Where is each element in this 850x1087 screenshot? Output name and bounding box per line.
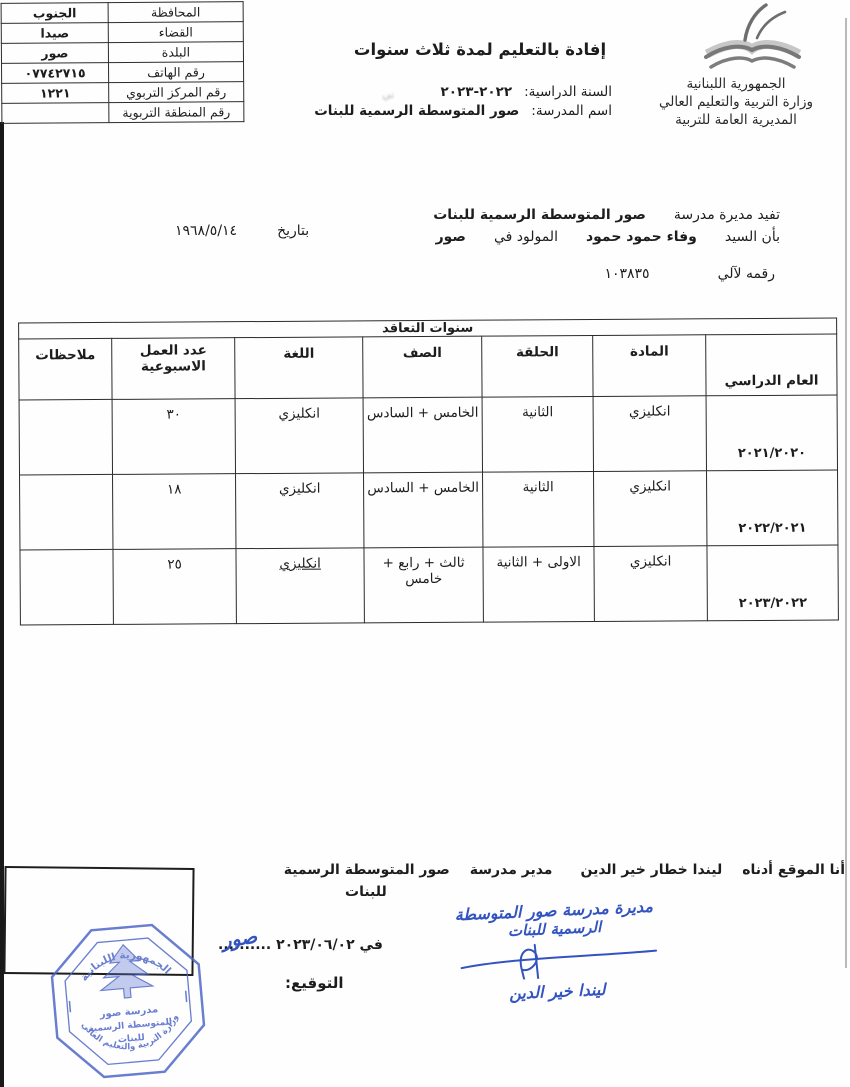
that-mr-text: بأن السيد (725, 229, 780, 245)
edu-center-number-value: ١٢٢١ (2, 83, 109, 104)
cell-notes (19, 474, 113, 550)
cell-cycle: الثانية (482, 396, 593, 472)
open-book-icon (693, 0, 813, 80)
school-name-label: اسم المدرسة: (531, 103, 612, 119)
cell-class: الخامس + السادس (364, 472, 483, 548)
table-row: المحافظة الجنوب (1, 2, 243, 24)
octagon-stamp-icon: الجمهورية اللبنانية وزارة التربية والتعل… (35, 911, 221, 1087)
school-name-line: اسم المدرسة:صور المتوسطة الرسمية للبنات (300, 103, 612, 119)
cell-hours: ١٨ (113, 474, 236, 550)
town-value: صور (1, 43, 108, 64)
cell-cycle: الاولى + الثانية (483, 546, 594, 622)
edu-center-number-label: رقم المركز التربوي (109, 82, 244, 103)
cell-language: انكليزي (236, 473, 364, 549)
declaration-line: أنا الموقع أدناهليندا خطار خير الدينمدير… (284, 862, 845, 878)
attestation-line-2: بأن السيدوفاء حمود حمودالمولود فيصور (436, 229, 780, 245)
document-title: إفادة بالتعليم لمدة ثلاث سنوات (330, 40, 630, 59)
phone-value: ٠٧٧٤٢٧١٥ (2, 63, 109, 84)
auto-number-line: رقمه لآلي١٠٣٨٣٥ (604, 266, 775, 282)
signer-name: ليندا خطار خير الدين (580, 862, 722, 878)
district-value: صيدا (1, 23, 108, 44)
cedar-tree-icon (97, 943, 154, 1000)
date-in-word: في (360, 937, 383, 953)
signer-title: مدير مدرسة (470, 862, 553, 878)
scanned-document-page: { "info_table": { "rows": [ {"label": "ا… (0, 0, 850, 1087)
table-row: رقم المركز التربوي ١٢٢١ (2, 82, 244, 104)
table-row: ٢٠٢٣/٢٠٢٢ انكليزي الاولى + الثانية ثالث … (20, 545, 839, 625)
phone-label: رقم الهاتف (109, 62, 244, 83)
signature-label: التوقيع: (285, 974, 344, 992)
governorate-label: المحافظة (108, 2, 243, 23)
person-name: وفاء حمود حمود (586, 229, 697, 245)
cell-cycle: الثانية (483, 471, 594, 547)
col-header-hours: عدد العمل الاسبوعية (112, 338, 235, 400)
directorate-line: المديرية العامة للتربية (626, 112, 846, 130)
table-row: البلدة صور (1, 42, 243, 64)
governorate-value: الجنوب (1, 3, 108, 24)
cell-year: ٢٠٢١/٢٠٢٠ (706, 395, 837, 471)
table-header-row: العام الدراسي المادة الحلقة الصف اللغة ع… (19, 334, 837, 400)
school-year-label: السنة الدراسية: (524, 84, 612, 100)
cell-language: انكليزي (236, 548, 364, 624)
signer-school: صور المتوسطة الرسمية (284, 862, 450, 878)
table-row: رقم الهاتف ٠٧٧٤٢٧١٥ (2, 62, 244, 84)
date-value: ٢٠٢٣/٠٦/٠٢ (276, 937, 355, 953)
cell-notes (19, 399, 113, 475)
cell-year: ٢٠٢٣/٢٠٢٢ (707, 545, 838, 621)
auto-number-value: ١٠٣٨٣٥ (604, 266, 649, 282)
ministry-line: وزارة التربية والتعليم العالي (626, 94, 846, 112)
birthplace: صور (436, 229, 466, 245)
handwritten-block: مديرة مدرسة صور المتوسطة الرسمية للبنات … (436, 896, 675, 1006)
school-year-value: ٢٠٢٢-٢٠٢٣ (441, 84, 513, 100)
col-header-year: العام الدراسي (706, 334, 837, 396)
col-header-cycle: الحلقة (482, 335, 593, 397)
certifies-text: تفيد مديرة مدرسة (674, 207, 780, 223)
cell-year: ٢٠٢٢/٢٠٢١ (707, 470, 838, 546)
table-row: ٢٠٢٢/٢٠٢١ انكليزي الثانية الخامس + الساد… (19, 470, 838, 550)
col-header-subject: المادة (593, 335, 706, 397)
contract-years-table: سنوات التعاقد العام الدراسي المادة الحلق… (18, 318, 839, 626)
table-row: رقم المنطقة التربوية (2, 102, 244, 124)
birthdate-value: ١٩٦٨/٥/١٤ (175, 223, 237, 239)
table-row: ٢٠٢١/٢٠٢٠ انكليزي الثانية الخامس + الساد… (19, 395, 838, 475)
col-header-class: الصف (363, 336, 482, 398)
cell-subject: انكليزي (594, 471, 707, 547)
col-header-language: اللغة (235, 337, 363, 399)
cell-language: انكليزي (235, 398, 363, 474)
attestation-line-1: تفيد مديرة مدرسةصور المتوسطة الرسمية للب… (433, 207, 780, 223)
school-year-line: السنة الدراسية:٢٠٢٢-٢٠٢٣ (300, 84, 612, 100)
cell-notes (20, 549, 114, 625)
signature-scribble-icon (450, 933, 662, 982)
ministry-header: الجمهورية اللبنانية وزارة التربية والتعل… (626, 76, 846, 129)
declaration-line-wrap: للبنات (345, 884, 387, 900)
cell-hours: ٢٥ (113, 549, 236, 625)
scan-edge-line-right (845, 18, 847, 968)
cell-class: ثالث + رابع + خامس (364, 547, 483, 623)
cell-subject: انكليزي (593, 396, 706, 472)
cell-class: الخامس + السادس (363, 397, 482, 473)
edu-zone-number-value (2, 103, 109, 124)
town-label: البلدة (108, 42, 243, 63)
admin-info-table: المحافظة الجنوب القضاء صيدا البلدة صور ر… (1, 1, 245, 124)
republic-line: الجمهورية اللبنانية (626, 76, 846, 94)
table-row: القضاء صيدا (1, 22, 243, 44)
cell-hours: ٣٠ (112, 399, 235, 475)
attested-school-name: صور المتوسطة الرسمية للبنات (433, 207, 646, 223)
ministry-logo (693, 0, 813, 80)
auto-number-label: رقمه لآلي (718, 266, 775, 282)
col-header-notes: ملاحظات (19, 338, 112, 400)
birthdate-label: بتاريخ (277, 223, 309, 239)
declaration-prefix: أنا الموقع أدناه (742, 862, 845, 878)
school-name-value: صور المتوسطة الرسمية للبنات (314, 103, 519, 119)
cell-subject: انكليزي (594, 546, 707, 622)
edu-zone-number-label: رقم المنطقة التربوية (109, 102, 244, 123)
born-in-text: المولود في (494, 229, 558, 245)
official-stamp: الجمهورية اللبنانية وزارة التربية والتعل… (35, 911, 221, 1087)
birthdate-line: بتاريخ١٩٦٨/٥/١٤ (175, 223, 309, 239)
stamp-center-line-1: مدرسة صور (98, 1004, 158, 1020)
district-label: القضاء (108, 22, 243, 43)
